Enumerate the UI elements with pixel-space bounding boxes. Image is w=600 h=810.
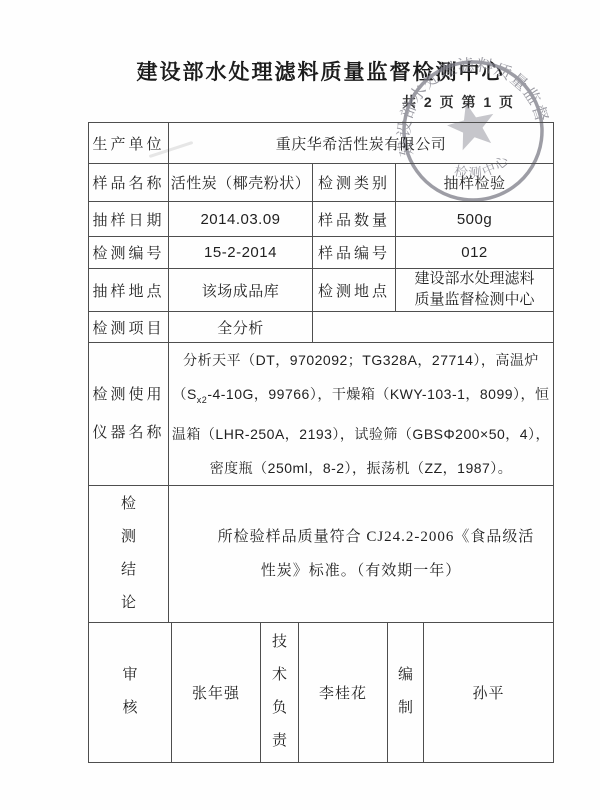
value-cell: 500g [396,202,554,237]
row-sampling-date: 抽样日期 2014.03.09 样品数量 500g [89,202,554,237]
instrument-line: 分析天平（DT，9702092；TG328A，27714），高温炉 [169,343,553,377]
instruments-cell: 分析天平（DT，9702092；TG328A，27714），高温炉 （Sx2-4… [169,343,554,486]
value-cell: 重庆华希活性炭有限公司 [169,123,554,164]
technical-lead-name-cell: 李桂花 [299,622,388,762]
report-table: 生产单位 重庆华希活性炭有限公司 样品名称 活性炭（椰壳粉状） 检测类别 抽样检… [88,122,554,623]
label-cell: 样品名称 [89,164,169,202]
value-cell: 抽样检验 [396,164,554,202]
label-cell: 检测地点 [313,269,396,312]
label-cell: 抽样日期 [89,202,169,237]
value-cell: 建设部水处理滤料 质量监督检测中心 [396,269,554,312]
value-cell: 全分析 [169,312,313,343]
empty-cell [313,312,554,343]
value-cell: 该场成品库 [169,269,313,312]
label-cell: 检测编号 [89,237,169,269]
instrument-line: 密度瓶（250ml，8-2），振荡机（ZZ，1987）。 [169,451,553,485]
reviewer-name-cell: 张年强 [172,622,261,762]
compiler-name-cell: 孙平 [424,622,554,762]
row-sample-name: 样品名称 活性炭（椰壳粉状） 检测类别 抽样检验 [89,164,554,202]
row-test-items: 检测项目 全分析 [89,312,554,343]
compiler-label-cell: 编 制 [388,622,424,762]
instrument-line: （Sx2-4-10G，99766），干燥箱（KWY-103-1，8099），恒 [169,377,553,417]
value-cell: 012 [396,237,554,269]
row-conclusion: 检 测 结 论 所检验样品质量符合 CJ24.2-2006《食品级活性炭》标准。… [89,485,554,622]
label-cell: 抽样地点 [89,269,169,312]
row-producer: 生产单位 重庆华希活性炭有限公司 [89,123,554,164]
label-cell: 检测项目 [89,312,169,343]
value-cell: 活性炭（椰壳粉状） [169,164,313,202]
label-cell: 检 测 结 论 [89,485,169,622]
page-number-info: 共 2 页 第 1 页 [402,92,515,112]
conclusion-cell: 所检验样品质量符合 CJ24.2-2006《食品级活性炭》标准。（有效期一年） [169,485,554,622]
label-cell: 样品编号 [313,237,396,269]
report-body: 生产单位 重庆华希活性炭有限公司 样品名称 活性炭（椰壳粉状） 检测类别 抽样检… [88,122,553,763]
technical-lead-label-cell: 技 术 负 责 [261,622,299,762]
label-cell: 检测类别 [313,164,396,202]
subscript-text: x2 [197,395,208,405]
value-cell: 2014.03.09 [169,202,313,237]
conclusion-text: 所检验样品质量符合 CJ24.2-2006《食品级活性炭》标准。（有效期一年） [169,520,553,588]
scanned-report-page: 建设部水处理滤料质量监督检测中心 共 2 页 第 1 页 建设部水处理滤料质量监… [0,0,600,810]
instrument-line-prefix: （S [172,386,196,402]
row-instruments: 检测使用 仪器名称 分析天平（DT，9702092；TG328A，27714），… [89,343,554,486]
label-cell: 样品数量 [313,202,396,237]
label-cell: 生产单位 [89,123,169,164]
page-title: 建设部水处理滤料质量监督检测中心 [88,56,553,86]
row-test-number: 检测编号 15-2-2014 样品编号 012 [89,237,554,269]
row-signatures: 审 核 张年强 技 术 负 责 李桂花 编 制 孙平 [89,622,554,762]
instrument-line: 温箱（LHR-250A，2193），试验筛（GBSΦ200×50，4）， [169,417,553,451]
instrument-line-rest: -4-10G，99766），干燥箱（KWY-103-1，8099），恒 [207,386,549,402]
reviewer-label-cell: 审 核 [89,622,172,762]
row-sampling-place: 抽样地点 该场成品库 检测地点 建设部水处理滤料 质量监督检测中心 [89,269,554,312]
signature-table: 审 核 张年强 技 术 负 责 李桂花 编 制 孙平 [88,622,554,763]
label-cell: 检测使用 仪器名称 [89,343,169,486]
value-cell: 15-2-2014 [169,237,313,269]
